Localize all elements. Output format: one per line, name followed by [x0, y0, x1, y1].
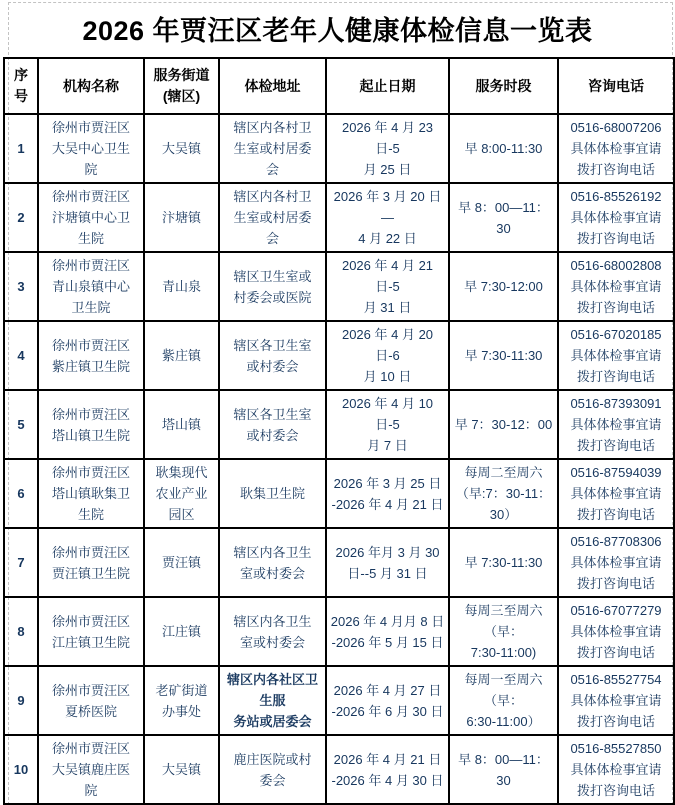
cell-service-time: 每周三至周六 （早： 7:30-11:00)	[449, 597, 558, 666]
cell-phone: 0516-85526192 具体体检事宜请 拨打咨询电话	[558, 183, 674, 252]
cell-index: 6	[4, 459, 38, 528]
cell-date-range: 2026 年 4 月 27 日 -2026 年 6 月 30 日	[326, 666, 449, 735]
column-header-date-range: 起止日期	[326, 58, 449, 114]
cell-date-range: 2026 年 4 月 10 日-5 月 7 日	[326, 390, 449, 459]
cell-date-range: 2026 年 4 月月 8 日 -2026 年 5 月 15 日	[326, 597, 449, 666]
cell-service-district: 汴塘镇	[144, 183, 219, 252]
cell-index: 3	[4, 252, 38, 321]
page-title: 2026 年贾汪区老年人健康体检信息一览表	[0, 0, 675, 56]
cell-date-range: 2026 年 4 月 23 日-5 月 25 日	[326, 114, 449, 183]
column-header-checkup-address: 体检地址	[219, 58, 326, 114]
cell-checkup-address: 辖区卫生室或 村委会或医院	[219, 252, 326, 321]
cell-org-name: 徐州市贾汪区 塔山镇耿集卫 生院	[38, 459, 144, 528]
cell-org-name: 徐州市贾汪区 青山泉镇中心 卫生院	[38, 252, 144, 321]
cell-checkup-address: 鹿庄医院或村 委会	[219, 735, 326, 804]
cell-service-time: 早 8：00—11： 30	[449, 183, 558, 252]
cell-org-name: 徐州市贾汪区 汴塘镇中心卫 生院	[38, 183, 144, 252]
column-header-index: 序 号	[4, 58, 38, 114]
cell-service-time: 每周一至周六 （早： 6:30-11:00）	[449, 666, 558, 735]
table-row: 3 徐州市贾汪区 青山泉镇中心 卫生院 青山泉 辖区卫生室或 村委会或医院 20…	[4, 252, 674, 321]
cell-index: 2	[4, 183, 38, 252]
table-row: 2 徐州市贾汪区 汴塘镇中心卫 生院 汴塘镇 辖区内各村卫 生室或村居委 会 2…	[4, 183, 674, 252]
cell-service-time: 早 7:30-11:30	[449, 321, 558, 390]
column-header-service-time: 服务时段	[449, 58, 558, 114]
cell-phone: 0516-87393091 具体体检事宜请 拨打咨询电话	[558, 390, 674, 459]
cell-date-range: 2026 年 3 月 25 日 -2026 年 4 月 21 日	[326, 459, 449, 528]
cell-index: 10	[4, 735, 38, 804]
page: 2026 年贾汪区老年人健康体检信息一览表 序 号 机构名称 服务街道 (辖区)…	[0, 0, 675, 805]
cell-checkup-address: 辖区内各卫生 室或村委会	[219, 597, 326, 666]
table-row: 10 徐州市贾汪区 大吴镇鹿庄医 院 大吴镇 鹿庄医院或村 委会 2026 年 …	[4, 735, 674, 804]
cell-service-district: 耿集现代 农业产业 园区	[144, 459, 219, 528]
table-row: 1 徐州市贾汪区 大吴中心卫生 院 大吴镇 辖区内各村卫 生室或村居委 会 20…	[4, 114, 674, 183]
cell-org-name: 徐州市贾汪区 紫庄镇卫生院	[38, 321, 144, 390]
cell-checkup-address: 辖区内各社区卫生服 务站或居委会	[219, 666, 326, 735]
cell-index: 8	[4, 597, 38, 666]
cell-checkup-address: 辖区内各村卫 生室或村居委 会	[219, 114, 326, 183]
cell-phone: 0516-68007206 具体体检事宜请 拨打咨询电话	[558, 114, 674, 183]
table-row: 8 徐州市贾汪区 江庄镇卫生院 江庄镇 辖区内各卫生 室或村委会 2026 年 …	[4, 597, 674, 666]
cell-date-range: 2026 年 4 月 20 日-6 月 10 日	[326, 321, 449, 390]
cell-phone: 0516-87594039 具体体检事宜请 拨打咨询电话	[558, 459, 674, 528]
cell-org-name: 徐州市贾汪区 塔山镇卫生院	[38, 390, 144, 459]
cell-checkup-address: 耿集卫生院	[219, 459, 326, 528]
table-header: 序 号 机构名称 服务街道 (辖区) 体检地址 起止日期 服务时段 咨询电话	[4, 58, 674, 114]
cell-service-time: 早 7：30-12：00	[449, 390, 558, 459]
cell-checkup-address: 辖区内各卫生 室或村委会	[219, 528, 326, 597]
cell-index: 5	[4, 390, 38, 459]
health-checkup-table: 序 号 机构名称 服务街道 (辖区) 体检地址 起止日期 服务时段 咨询电话 1…	[3, 57, 675, 805]
table-row: 7 徐州市贾汪区 贾汪镇卫生院 贾汪镇 辖区内各卫生 室或村委会 2026 年月…	[4, 528, 674, 597]
cell-phone: 0516-87708306 具体体检事宜请 拨打咨询电话	[558, 528, 674, 597]
column-header-org-name: 机构名称	[38, 58, 144, 114]
table-row: 5 徐州市贾汪区 塔山镇卫生院 塔山镇 辖区各卫生室 或村委会 2026 年 4…	[4, 390, 674, 459]
cell-date-range: 2026 年 4 月 21 日 -2026 年 4 月 30 日	[326, 735, 449, 804]
column-header-phone: 咨询电话	[558, 58, 674, 114]
cell-date-range: 2026 年 3 月 20 日— 4 月 22 日	[326, 183, 449, 252]
cell-service-district: 紫庄镇	[144, 321, 219, 390]
table-row: 6 徐州市贾汪区 塔山镇耿集卫 生院 耿集现代 农业产业 园区 耿集卫生院 20…	[4, 459, 674, 528]
cell-org-name: 徐州市贾汪区 贾汪镇卫生院	[38, 528, 144, 597]
cell-checkup-address: 辖区各卫生室 或村委会	[219, 321, 326, 390]
header-row: 序 号 机构名称 服务街道 (辖区) 体检地址 起止日期 服务时段 咨询电话	[4, 58, 674, 114]
table-row: 9 徐州市贾汪区 夏桥医院 老矿街道 办事处 辖区内各社区卫生服 务站或居委会 …	[4, 666, 674, 735]
cell-phone: 0516-67077279 具体体检事宜请 拨打咨询电话	[558, 597, 674, 666]
cell-index: 7	[4, 528, 38, 597]
table-row: 4 徐州市贾汪区 紫庄镇卫生院 紫庄镇 辖区各卫生室 或村委会 2026 年 4…	[4, 321, 674, 390]
cell-service-district: 青山泉	[144, 252, 219, 321]
cell-org-name: 徐州市贾汪区 大吴镇鹿庄医 院	[38, 735, 144, 804]
cell-org-name: 徐州市贾汪区 大吴中心卫生 院	[38, 114, 144, 183]
cell-service-district: 大吴镇	[144, 735, 219, 804]
cell-phone: 0516-85527850 具体体检事宜请 拨打咨询电话	[558, 735, 674, 804]
cell-service-district: 大吴镇	[144, 114, 219, 183]
cell-date-range: 2026 年月 3 月 30 日--5 月 31 日	[326, 528, 449, 597]
cell-service-district: 塔山镇	[144, 390, 219, 459]
cell-index: 1	[4, 114, 38, 183]
cell-org-name: 徐州市贾汪区 夏桥医院	[38, 666, 144, 735]
cell-checkup-address: 辖区内各村卫 生室或村居委 会	[219, 183, 326, 252]
cell-service-time: 早 7:30-12:00	[449, 252, 558, 321]
cell-phone: 0516-67020185 具体体检事宜请 拨打咨询电话	[558, 321, 674, 390]
cell-service-time: 早 8：00—11： 30	[449, 735, 558, 804]
column-header-service-district: 服务街道 (辖区)	[144, 58, 219, 114]
cell-service-district: 江庄镇	[144, 597, 219, 666]
cell-index: 9	[4, 666, 38, 735]
cell-service-time: 每周二至周六 （早:7：30-11： 30）	[449, 459, 558, 528]
cell-service-time: 早 7:30-11:30	[449, 528, 558, 597]
cell-phone: 0516-68002808 具体体检事宜请 拨打咨询电话	[558, 252, 674, 321]
cell-phone: 0516-85527754 具体体检事宜请 拨打咨询电话	[558, 666, 674, 735]
table-body: 1 徐州市贾汪区 大吴中心卫生 院 大吴镇 辖区内各村卫 生室或村居委 会 20…	[4, 114, 674, 804]
cell-checkup-address: 辖区各卫生室 或村委会	[219, 390, 326, 459]
cell-date-range: 2026 年 4 月 21 日-5 月 31 日	[326, 252, 449, 321]
cell-service-time: 早 8:00-11:30	[449, 114, 558, 183]
cell-index: 4	[4, 321, 38, 390]
cell-org-name: 徐州市贾汪区 江庄镇卫生院	[38, 597, 144, 666]
cell-service-district: 老矿街道 办事处	[144, 666, 219, 735]
cell-service-district: 贾汪镇	[144, 528, 219, 597]
